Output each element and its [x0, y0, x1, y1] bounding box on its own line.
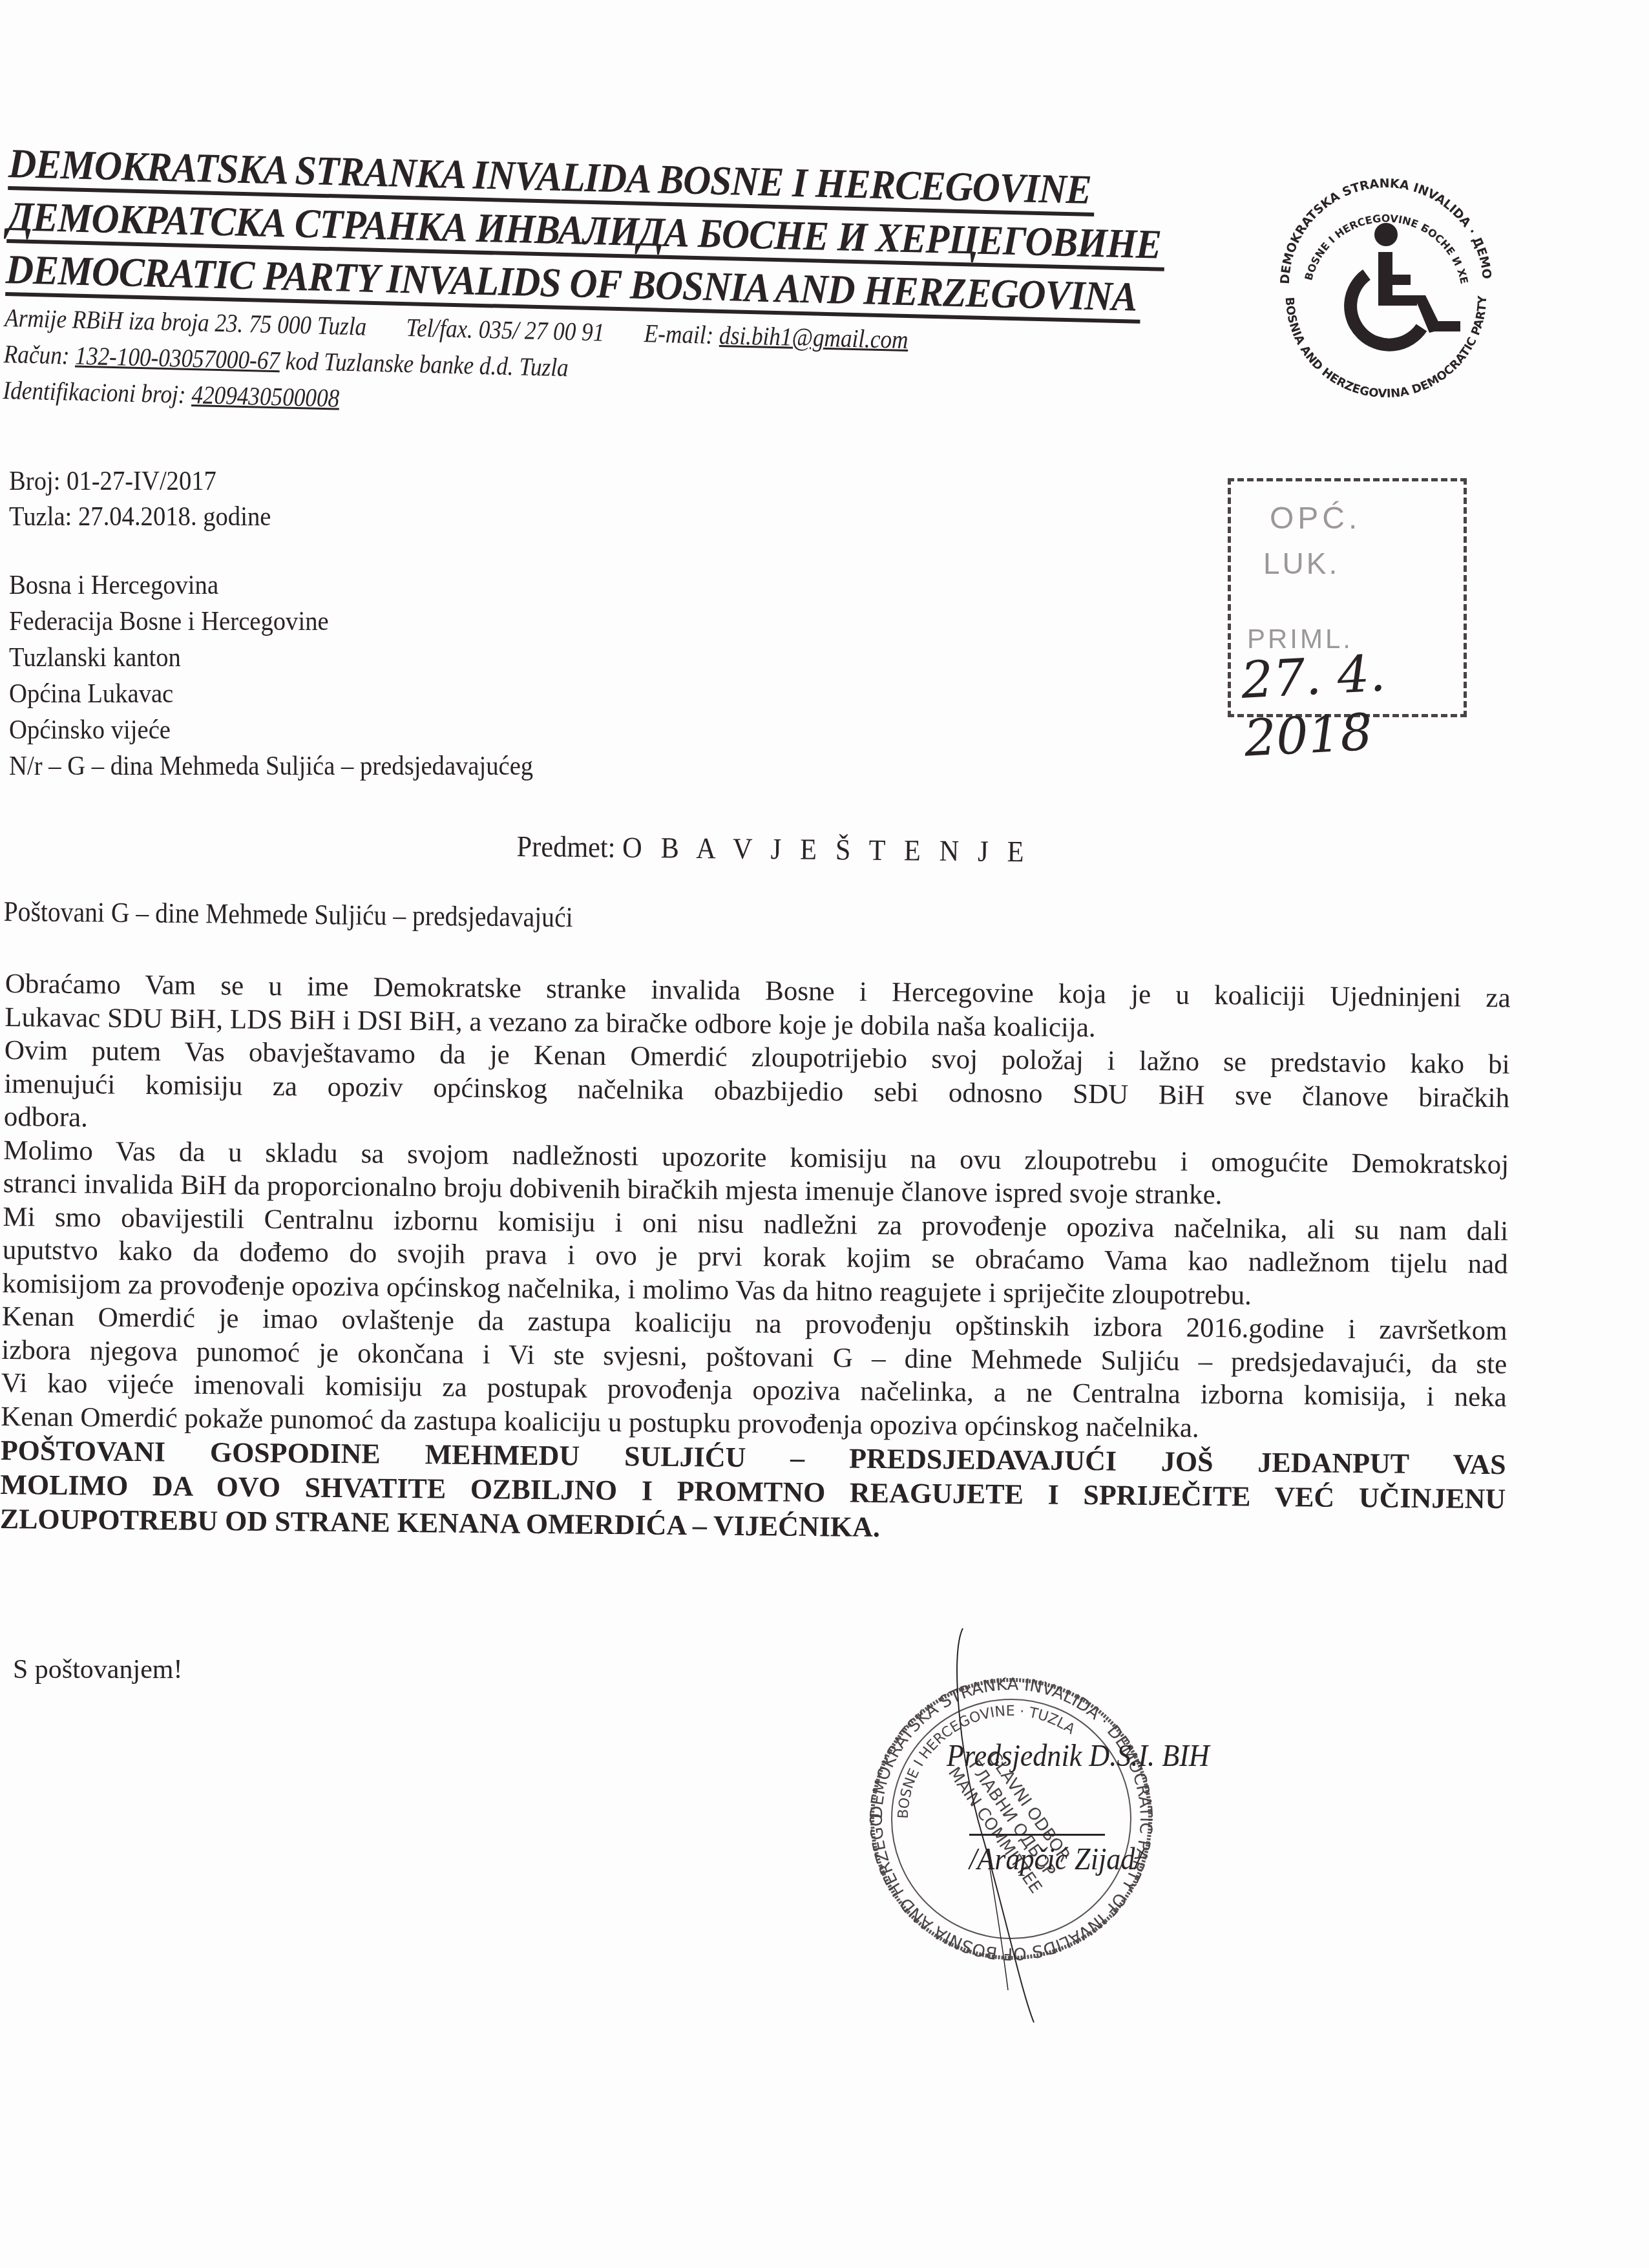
recipient-address: Bosna i Hercegovina Federacija Bosne i H… [9, 567, 533, 784]
id-number: 4209430500008 [191, 380, 340, 413]
subject-value: O B A V J E Š T E N J E [622, 831, 1030, 868]
recipient-line: Općina Lukavac [9, 676, 533, 712]
email-link[interactable]: dsi.bih1@gmail.com [719, 320, 909, 354]
letter-body: Obraćamo Vam se u ime Demokratske strank… [0, 967, 1511, 1550]
place-date: Tuzla: 27.04.2018. godine [9, 499, 271, 535]
stamp-handwritten-date: 27. 4. 2018 [1240, 640, 1467, 768]
recipient-line: N/r – G – dina Mehmeda Suljića – predsje… [9, 748, 533, 784]
letterhead: DEMOKRATSKA STRANKA INVALIDA BOSNE I HER… [3, 141, 1237, 438]
stamp-line-1: OPĆ. [1270, 501, 1361, 536]
email-label: E-mail: [644, 319, 714, 350]
received-stamp: OPĆ. LUK. PRIML. 27. 4. 2018 [1228, 478, 1467, 717]
account-label: Račun: [3, 339, 70, 370]
reference-block: Broj: 01-27-IV/2017 Tuzla: 27.04.2018. g… [9, 464, 271, 535]
telfax: Tel/fax. 035/ 27 00 91 [406, 313, 605, 346]
subject-label: Predmet: [516, 830, 615, 864]
signature-line [969, 1834, 1105, 1836]
recipient-line: Federacija Bosne i Hercegovine [9, 604, 533, 640]
closing: S poštovanjem! [13, 1654, 182, 1685]
salutation: Poštovani G – dine Mehmede Suljiću – pre… [3, 895, 572, 934]
recipient-line: Bosna i Hercegovina [9, 567, 533, 604]
recipient-line: Općinsko vijeće [9, 712, 533, 748]
handwritten-signature [943, 1628, 1073, 2029]
reference-number: Broj: 01-27-IV/2017 [9, 464, 271, 499]
recipient-line: Tuzlanski kanton [9, 640, 533, 676]
subject-line: Predmet: O B A V J E Š T E N J E [516, 829, 1030, 868]
account-number: 132-100-03057000-67 [75, 341, 280, 375]
stamp-line-2: LUK. [1263, 546, 1339, 581]
party-logo: DEMOKRATSKA STRANKA INVALIDA · ДЕМОКРАТС… [1260, 152, 1512, 404]
signer-title: Predsjednik D.S.I. BIH [947, 1738, 1210, 1774]
signer-name: /Arapčić Zijad/ [969, 1842, 1143, 1877]
scanned-letter: DEMOKRATSKA STRANKA INVALIDA BOSNE I HER… [0, 0, 1649, 2268]
id-label: Identifikacioni broj: [3, 375, 186, 409]
address: Armije RBiH iza broja 23. 75 000 Tuzla [5, 303, 367, 341]
account-bank: kod Tuzlanske banke d.d. Tuzla [285, 346, 569, 383]
